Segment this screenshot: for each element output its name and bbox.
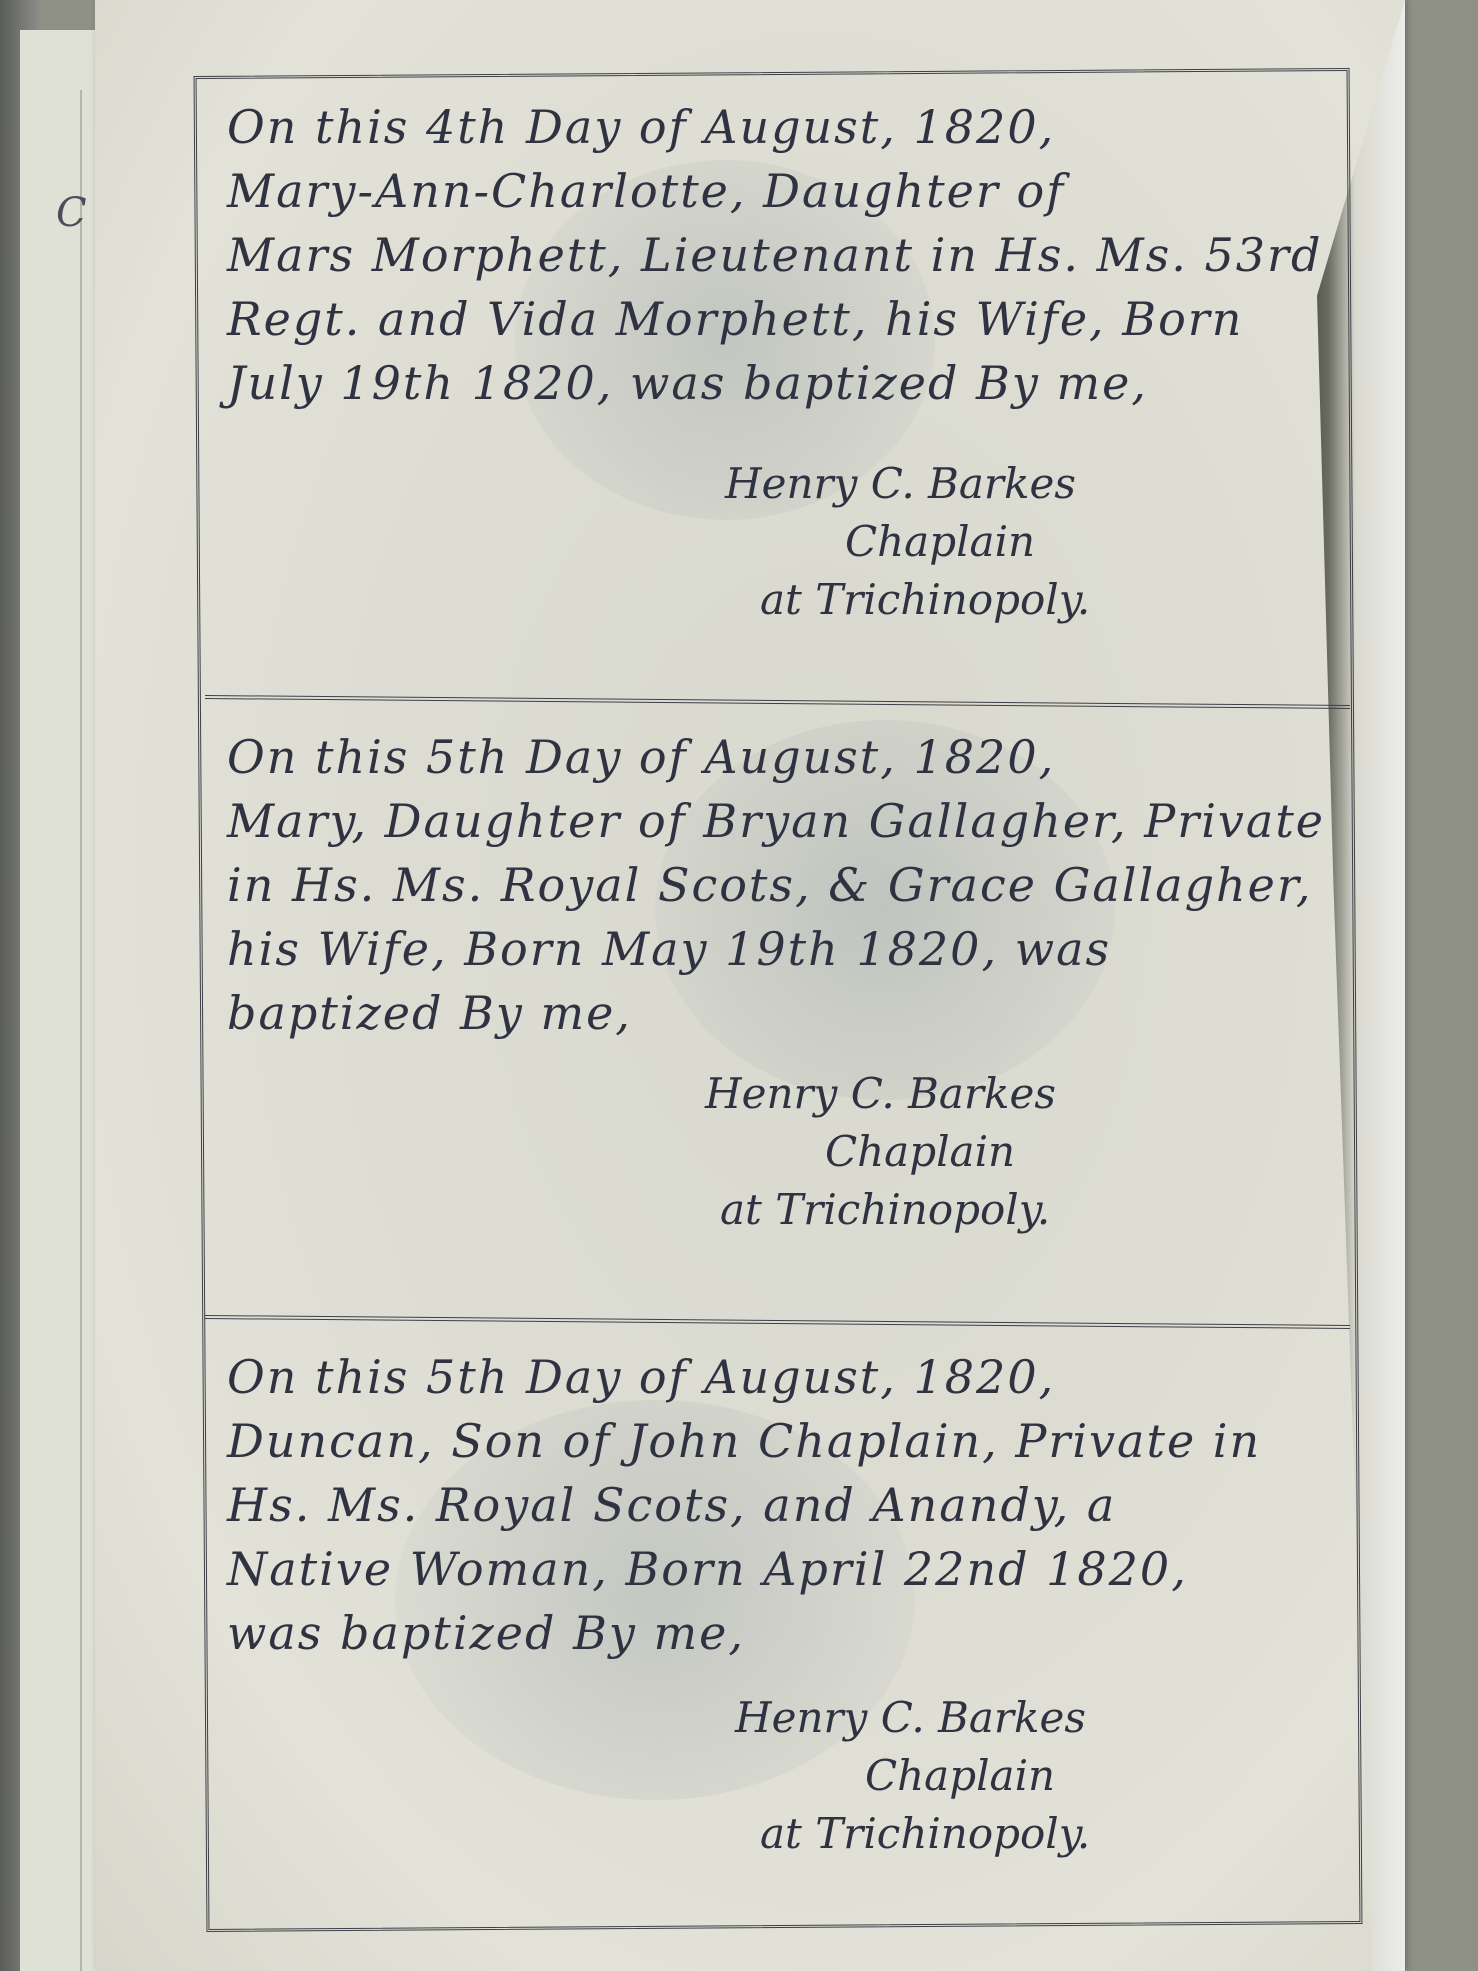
entry-line: baptized By me,	[205, 981, 1345, 1045]
entry-line: Mary-Ann-Charlotte, Daughter of	[205, 159, 1345, 223]
signature-name: Henry C. Barkes	[705, 1065, 1345, 1123]
entry-line: On this 4th Day of August, 1820,	[205, 95, 1345, 159]
signature-title: Chaplain	[825, 1123, 1345, 1181]
entry-line: Hs. Ms. Royal Scots, and Anandy, a	[205, 1473, 1345, 1537]
signature-name: Henry C. Barkes	[725, 455, 1345, 513]
entry-line: On this 5th Day of August, 1820,	[205, 725, 1345, 789]
signature-title: Chaplain	[845, 513, 1345, 571]
entry-line: his Wife, Born May 19th 1820, was	[205, 917, 1345, 981]
baptism-entry-2: On this 5th Day of August, 1820, Mary, D…	[205, 725, 1345, 1239]
baptism-entry-1: On this 4th Day of August, 1820, Mary-An…	[205, 95, 1345, 629]
baptism-entry-3: On this 5th Day of August, 1820, Duncan,…	[205, 1345, 1345, 1863]
entry-line: in Hs. Ms. Royal Scots, & Grace Gallaghe…	[205, 853, 1345, 917]
page-edge-line	[80, 90, 82, 1971]
signature-title: Chaplain	[865, 1747, 1345, 1805]
entry-line: Native Woman, Born April 22nd 1820,	[205, 1537, 1345, 1601]
entry-line: Mary, Daughter of Bryan Gallagher, Priva…	[205, 789, 1345, 853]
entry-line: Duncan, Son of John Chaplain, Private in	[205, 1409, 1345, 1473]
signature-place: at Trichinopoly.	[720, 1181, 1345, 1239]
entry-line: Mars Morphett, Lieutenant in Hs. Ms. 53r…	[205, 223, 1345, 287]
signature-place: at Trichinopoly.	[760, 1805, 1345, 1863]
entry-line: July 19th 1820, was baptized By me,	[205, 351, 1345, 415]
entry-line: On this 5th Day of August, 1820,	[205, 1345, 1345, 1409]
entry-line: Regt. and Vida Morphett, his Wife, Born	[205, 287, 1345, 351]
signature-name: Henry C. Barkes	[735, 1689, 1345, 1747]
signature-place: at Trichinopoly.	[760, 571, 1345, 629]
entry-line: was baptized By me,	[205, 1601, 1345, 1665]
